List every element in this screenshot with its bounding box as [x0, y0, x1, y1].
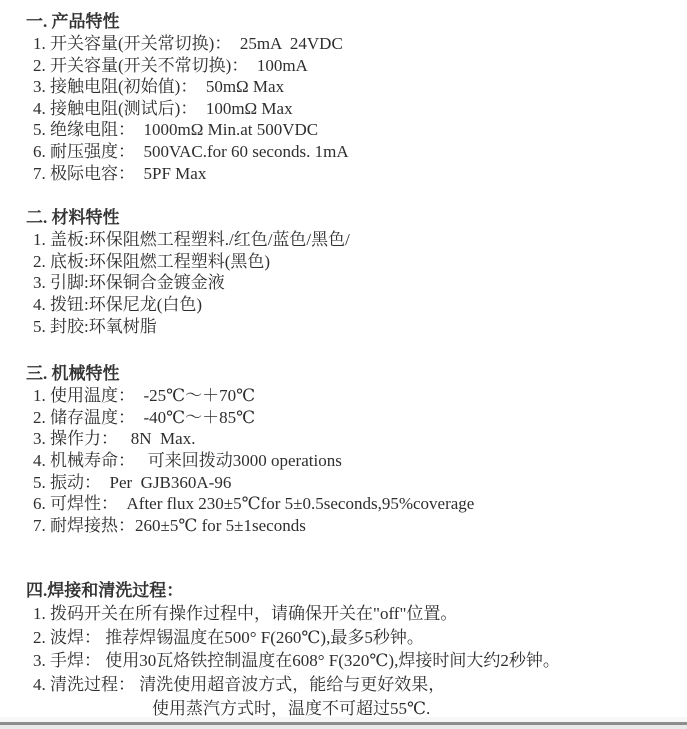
spec-item: 3. 接触电阻(初始值)： 50mΩ Max	[0, 76, 687, 98]
spec-item: 1. 使用温度： -25℃～＋70℃	[0, 385, 687, 407]
section-heading: 二. 材料特性	[0, 207, 687, 229]
spec-item: 2. 波焊： 推荐焊锡温度在500° F(260℃),最多5秒钟。	[0, 626, 687, 650]
spec-item: 5. 封胶:环氧树脂	[0, 316, 687, 338]
spec-item: 7. 极际电容： 5PF Max	[0, 163, 687, 185]
spec-item: 1. 开关容量(开关常切换)： 25mA 24VDC	[0, 33, 687, 55]
section-items: 1. 使用温度： -25℃～＋70℃2. 储存温度： -40℃～＋85℃3. 操…	[0, 385, 687, 536]
section-heading: 一. 产品特性	[0, 11, 687, 33]
spec-item: 1. 拨码开关在所有操作过程中，请确保开关在"off"位置。	[0, 602, 687, 626]
spec-item: 7. 耐焊接热：260±5℃ for 5±1seconds	[0, 515, 687, 537]
section-items: 1. 拨码开关在所有操作过程中，请确保开关在"off"位置。2. 波焊： 推荐焊…	[0, 602, 687, 720]
spec-item: 2. 开关容量(开关不常切换)： 100mA	[0, 55, 687, 77]
spec-item: 4. 拨钮:环保尼龙(白色)	[0, 294, 687, 316]
spec-item: 6. 可焊性： After flux 230±5℃for 5±0.5second…	[0, 493, 687, 515]
spec-section: 二. 材料特性 1. 盖板:环保阻燃工程塑料./红色/蓝色/黑色/2. 底板:环…	[0, 184, 687, 337]
page-bottom-edge-shadow	[0, 725, 687, 729]
section-heading: 三. 机械特性	[0, 363, 687, 385]
spec-item: 3. 引脚:环保铜合金镀金液	[0, 272, 687, 294]
section-items: 1. 开关容量(开关常切换)： 25mA 24VDC2. 开关容量(开关不常切换…	[0, 33, 687, 184]
spec-item: 5. 振动： Per GJB360A-96	[0, 472, 687, 494]
spec-section: 一. 产品特性 1. 开关容量(开关常切换)： 25mA 24VDC2. 开关容…	[0, 0, 687, 184]
spec-item: 3. 操作力： 8N Max.	[0, 428, 687, 450]
spec-item: 6. 耐压强度： 500VAC.for 60 seconds. 1mA	[0, 141, 687, 163]
spec-item: 2. 储存温度： -40℃～＋85℃	[0, 407, 687, 429]
spec-section: 四.焊接和清洗过程： 1. 拨码开关在所有操作过程中，请确保开关在"off"位置…	[0, 536, 687, 720]
spec-item: 5. 绝缘电阻： 1000mΩ Min.at 500VDC	[0, 119, 687, 141]
spec-item: 4. 接触电阻(测试后)： 100mΩ Max	[0, 98, 687, 120]
spec-item: 1. 盖板:环保阻燃工程塑料./红色/蓝色/黑色/	[0, 229, 687, 251]
spec-item: 4. 机械寿命： 可来回拨动3000 operations	[0, 450, 687, 472]
spec-item: 3. 手焊： 使用30瓦烙铁控制温度在608° F(320℃),焊接时间大约2秒…	[0, 649, 687, 673]
spec-section: 三. 机械特性 1. 使用温度： -25℃～＋70℃2. 储存温度： -40℃～…	[0, 337, 687, 536]
section-items: 1. 盖板:环保阻燃工程塑料./红色/蓝色/黑色/2. 底板:环保阻燃工程塑料(…	[0, 229, 687, 337]
section-heading: 四.焊接和清洗过程：	[0, 580, 687, 602]
spec-item: 4. 清洗过程： 清洗使用超音波方式，能给与更好效果，	[0, 673, 687, 697]
spec-item: 2. 底板:环保阻燃工程塑料(黑色)	[0, 251, 687, 273]
spec-document: 一. 产品特性 1. 开关容量(开关常切换)： 25mA 24VDC2. 开关容…	[0, 0, 687, 720]
